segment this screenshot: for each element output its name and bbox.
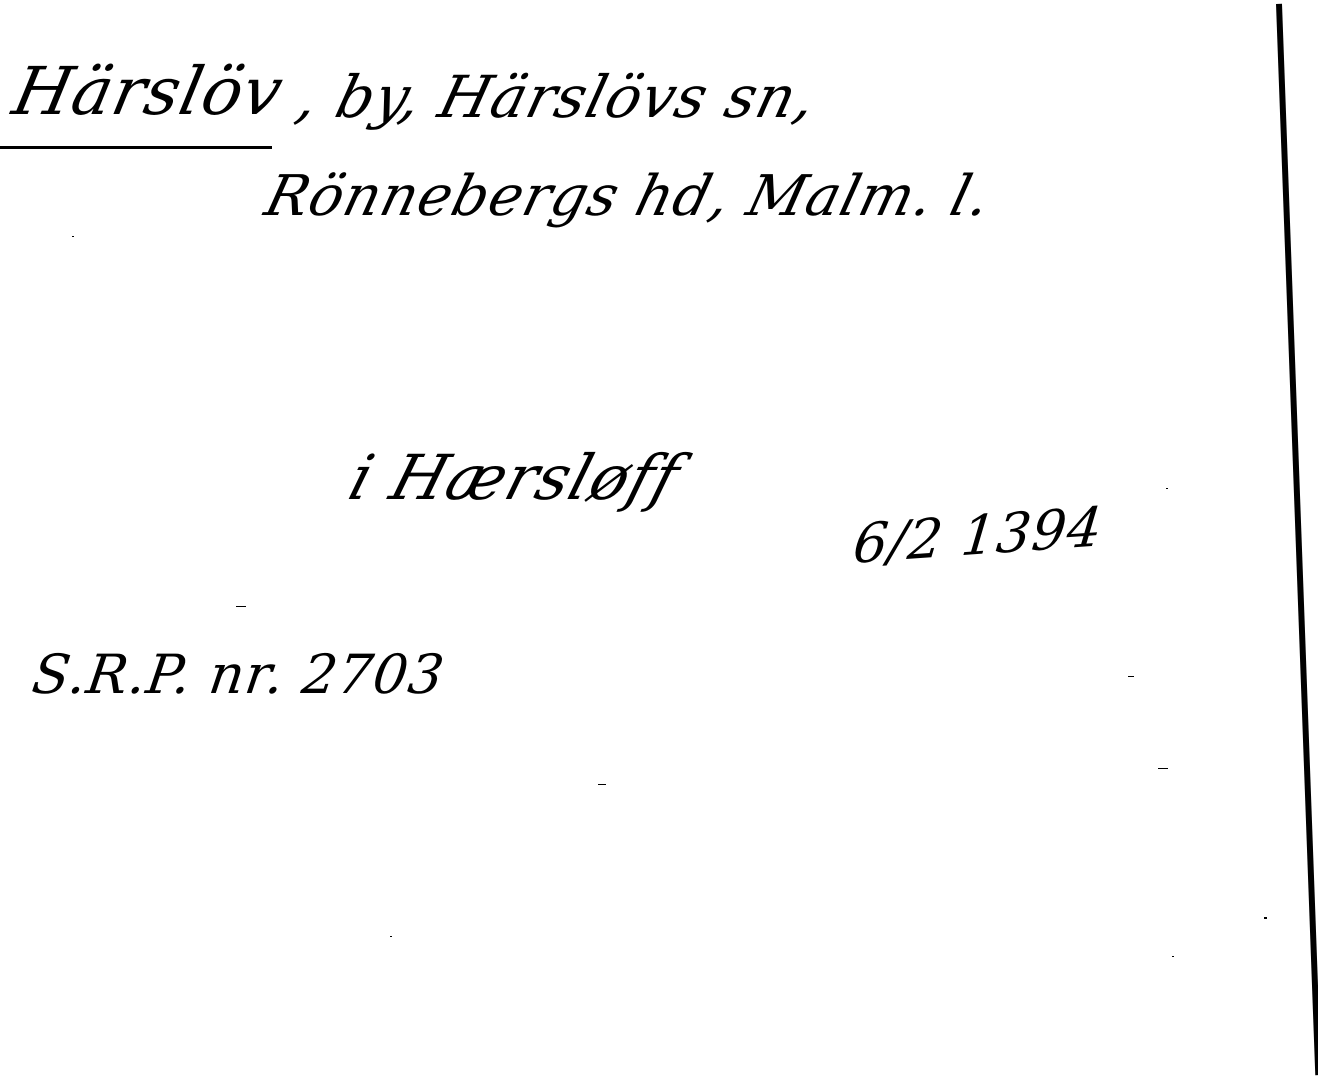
locality-description-line-1: , by, Härslövs sn, bbox=[290, 62, 824, 132]
scan-speck bbox=[598, 784, 606, 785]
scan-speck bbox=[1264, 917, 1267, 919]
scan-speck bbox=[1128, 676, 1134, 677]
scan-speck bbox=[390, 936, 392, 937]
headword-underline bbox=[0, 146, 272, 149]
scan-speck bbox=[1166, 488, 1168, 489]
scan-speck bbox=[72, 236, 74, 237]
scan-speck bbox=[236, 606, 246, 607]
historical-spelling: i Hærsløff bbox=[340, 438, 689, 518]
scan-speck bbox=[1172, 956, 1174, 957]
source-date: 6/2 1394 bbox=[850, 492, 1106, 580]
locality-description-line-2: Rönnebergs hd, Malm. l. bbox=[258, 162, 998, 232]
source-reference: S.R.P. nr. 2703 bbox=[28, 640, 449, 710]
headword: Härslöv bbox=[6, 52, 290, 132]
index-card: Härslöv , by, Härslövs sn, Rönnebergs hd… bbox=[0, 0, 1318, 1076]
scan-speck bbox=[1158, 768, 1168, 769]
card-edge-line bbox=[1276, 4, 1318, 1075]
